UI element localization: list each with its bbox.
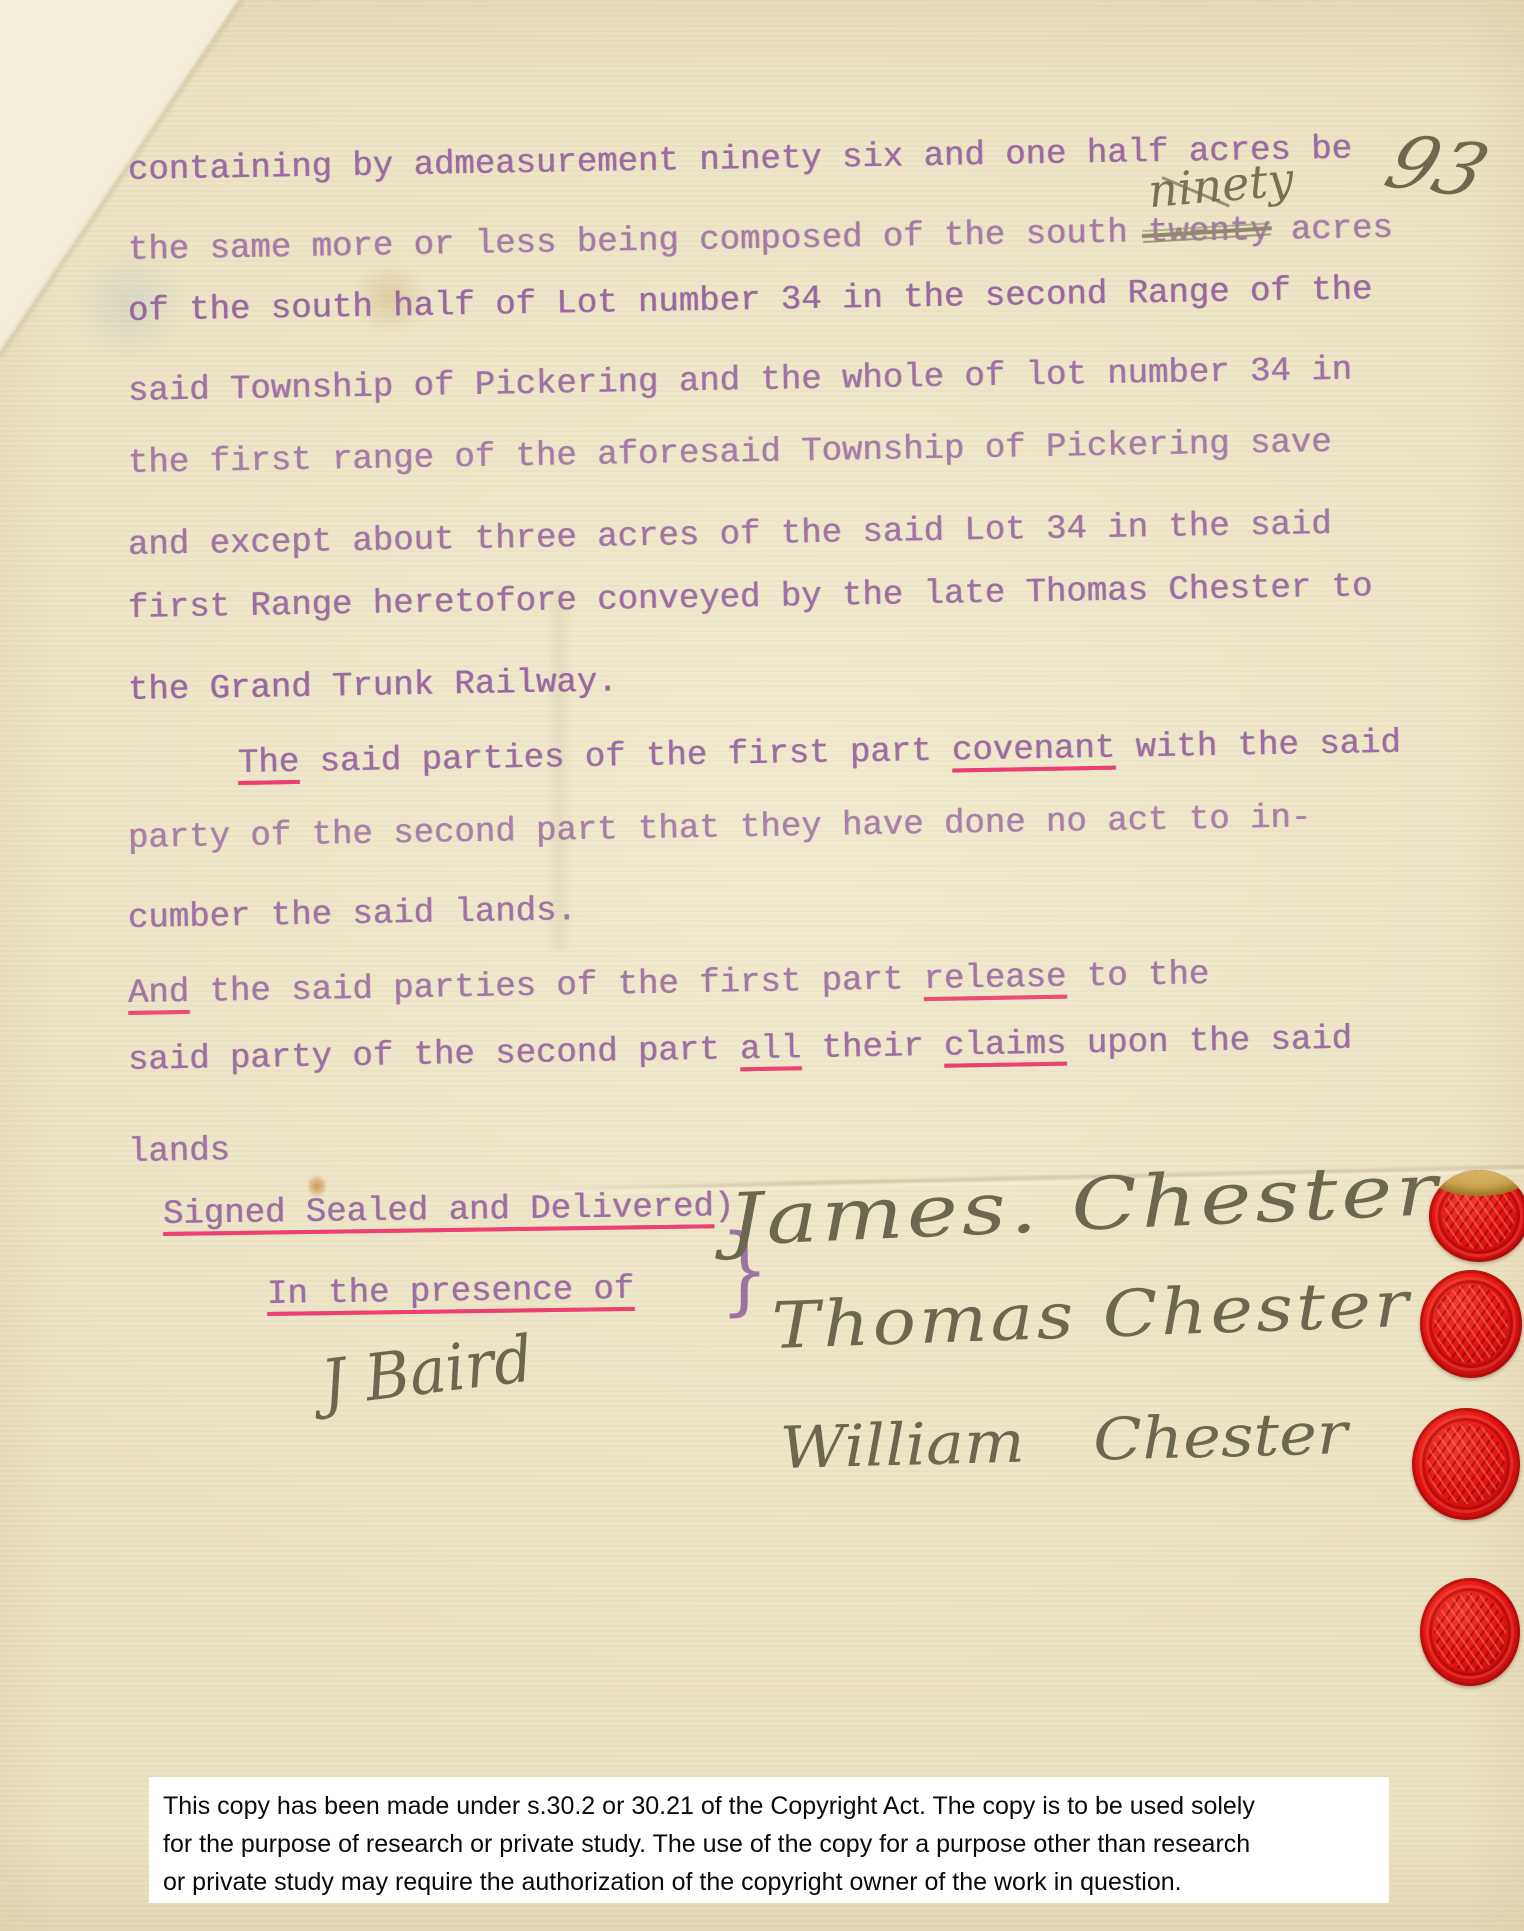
underlined-word: covenant [952, 730, 1116, 771]
underlined-word: In the presence of [267, 1271, 635, 1314]
typed-text: with the said [1115, 725, 1401, 768]
typed-line: the same more or less being composed of … [128, 210, 1393, 270]
struck-out-word: twenty [1148, 212, 1271, 252]
typed-text: to the [1066, 956, 1209, 996]
typed-text: acres [1270, 210, 1393, 250]
typed-text: said party of the second part [128, 1031, 741, 1080]
scanned-deed-page: containing by admeasurement ninety six a… [0, 0, 1524, 1931]
underlined-word: Signed Sealed and Delivered [163, 1188, 714, 1234]
typed-line: the first range of the aforesaid Townshi… [128, 424, 1332, 483]
underlined-word: release [923, 959, 1066, 999]
red-wax-seal [1412, 1408, 1520, 1520]
typed-text: the same more or less being composed of … [128, 214, 1149, 270]
red-wax-seal [1420, 1270, 1522, 1378]
typed-text: first Range heretofore conveyed by the l… [128, 568, 1373, 628]
typed-line: party of the second part that they have … [128, 799, 1312, 858]
typed-text: the Grand Trunk Railway. [128, 663, 618, 710]
typed-text: their [801, 1028, 944, 1068]
typed-line: first Range heretofore conveyed by the l… [128, 568, 1373, 628]
copyright-notice: This copy has been made under s.30.2 or … [149, 1777, 1389, 1903]
typed-text-body: containing by admeasurement ninety six a… [0, 0, 1524, 1931]
typed-text: and except about three acres of the said… [128, 506, 1332, 565]
typed-line: and except about three acres of the said… [128, 506, 1332, 565]
copyright-notice-line: or private study may require the authori… [163, 1863, 1389, 1901]
typed-line: the Grand Trunk Railway. [128, 663, 618, 710]
underlined-word: And [128, 974, 190, 1013]
typed-line: In the presence of [267, 1271, 635, 1314]
typed-line: And the said parties of the first part r… [128, 956, 1210, 1013]
typed-text: the first range of the aforesaid Townshi… [128, 424, 1332, 483]
underlined-word: The [238, 744, 300, 783]
typed-text: of the south half of Lot number 34 in th… [128, 271, 1373, 331]
typed-line: cumber the said lands. [128, 892, 577, 938]
typed-text: the said parties of the first part [189, 961, 924, 1012]
copyright-notice-line: for the purpose of research or private s… [163, 1825, 1389, 1863]
typed-text: party of the second part that they have … [128, 799, 1312, 858]
typed-text: said Township of Pickering and the whole… [128, 352, 1353, 411]
copyright-notice-line: This copy has been made under s.30.2 or … [163, 1787, 1389, 1825]
typed-line: said Township of Pickering and the whole… [128, 352, 1353, 411]
typed-line: Signed Sealed and Delivered) [163, 1188, 735, 1234]
underlined-word: all [740, 1030, 802, 1069]
red-wax-seal [1429, 1170, 1524, 1262]
typed-line: of the south half of Lot number 34 in th… [128, 271, 1373, 331]
red-wax-seal [1420, 1578, 1520, 1686]
typed-text: upon the said [1066, 1021, 1352, 1064]
underlined-word: claims [944, 1026, 1067, 1066]
typed-line: said party of the second part all their … [128, 1021, 1353, 1080]
typed-text: said parties of the first part [299, 733, 952, 782]
typed-text: lands [128, 1132, 231, 1172]
typed-line: lands [128, 1132, 231, 1172]
typed-line: The said parties of the first part coven… [238, 725, 1402, 783]
gold-wafer-icon [1429, 1170, 1524, 1196]
typed-text: cumber the said lands. [128, 892, 577, 938]
